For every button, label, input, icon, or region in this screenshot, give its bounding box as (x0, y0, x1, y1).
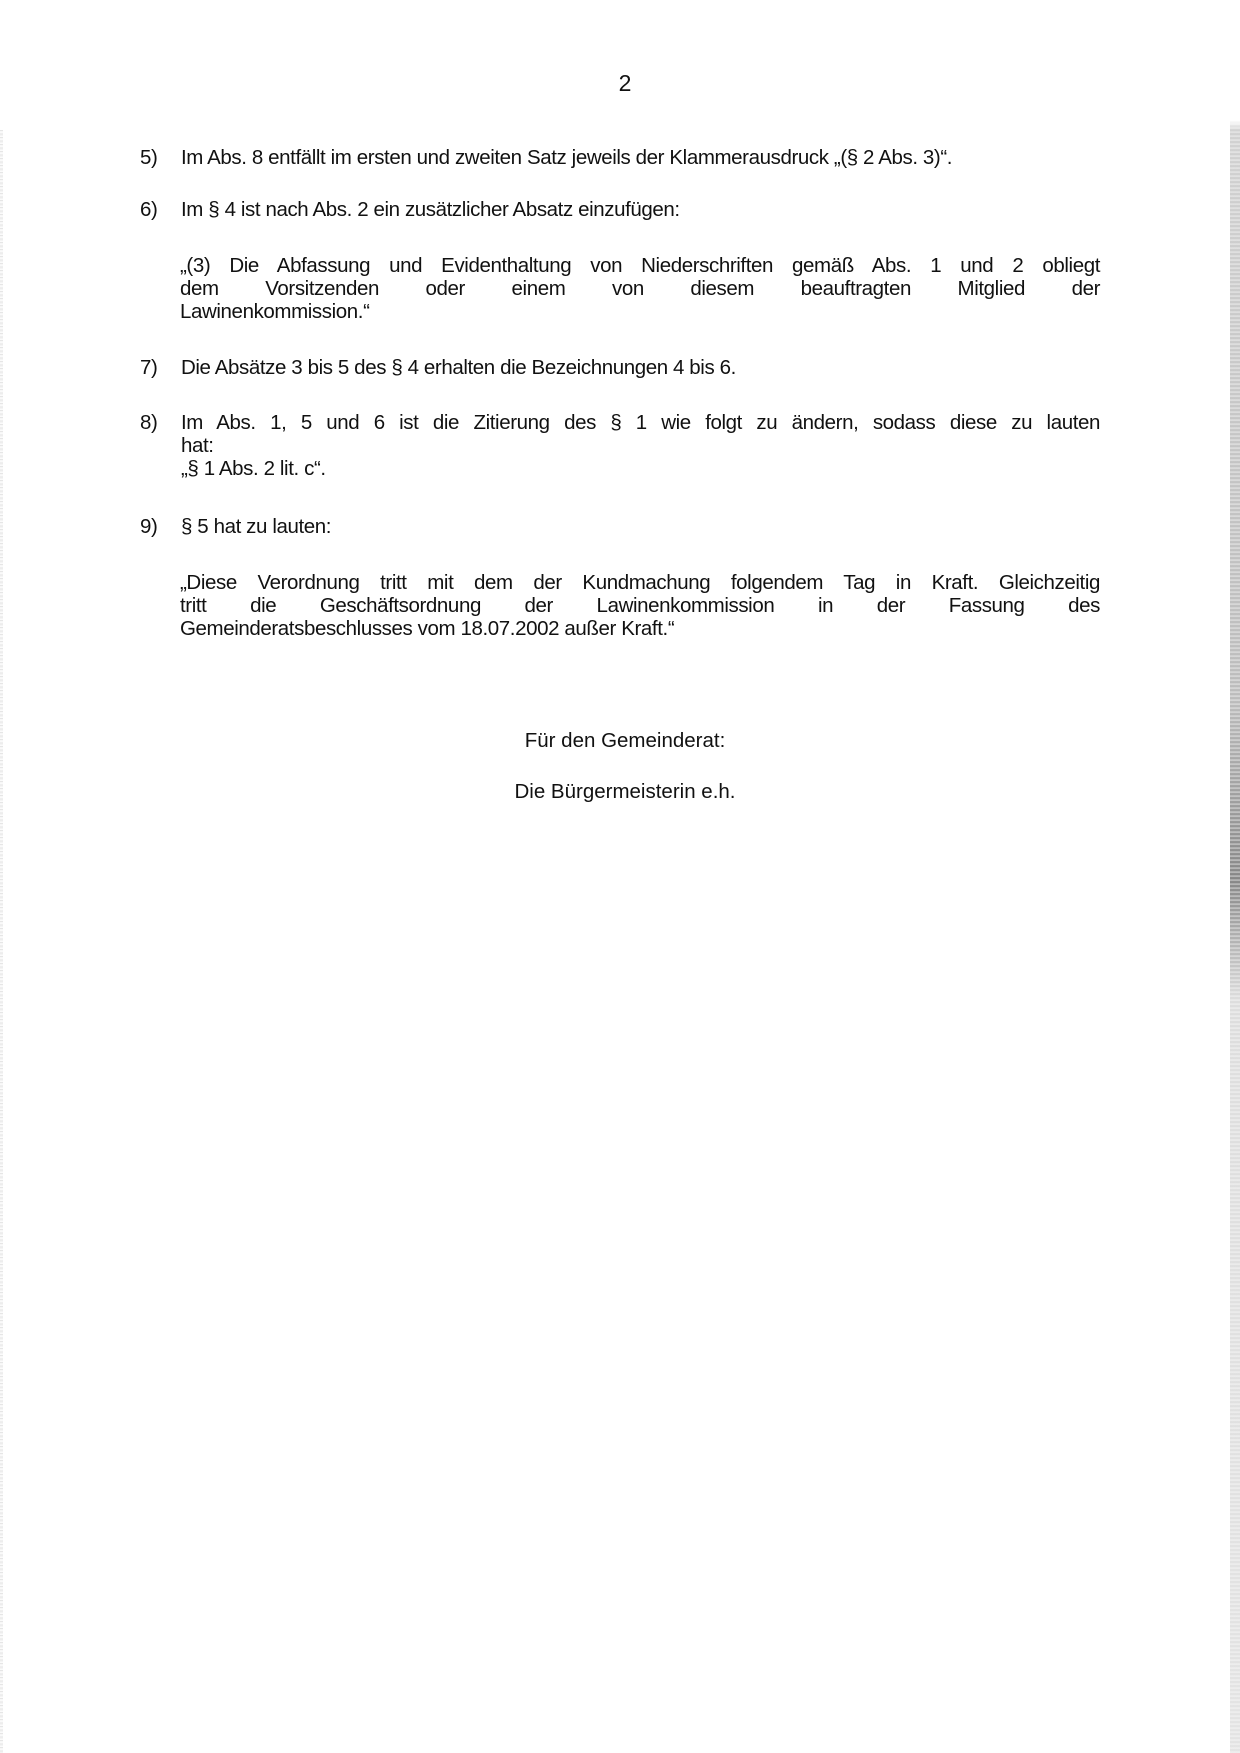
item-number: 8) (140, 411, 180, 434)
amendment-item-8: 8) Im Abs. 1, 5 und 6 ist die Zitierung … (140, 411, 1100, 480)
quote-line: „(3) Die Abfassung und Evidenthaltung vo… (180, 254, 1100, 277)
item-text-line: Im Abs. 1, 5 und 6 ist die Zitierung des… (181, 411, 1100, 434)
scan-edge-left (0, 130, 3, 1753)
amendment-item-9: 9) § 5 hat zu lauten: (140, 515, 1100, 538)
quoted-section-5: „Diese Verordnung tritt mit dem der Kund… (180, 571, 1100, 640)
amendment-item-5: 5) Im Abs. 8 entfällt im ersten und zwei… (140, 146, 1100, 169)
item-text: Im § 4 ist nach Abs. 2 ein zusätzlicher … (181, 198, 1100, 221)
amendment-item-7: 7) Die Absätze 3 bis 5 des § 4 erhalten … (140, 356, 1100, 379)
item-number: 6) (140, 198, 180, 221)
quote-line: dem Vorsitzenden oder einem von diesem b… (180, 277, 1100, 300)
amendment-item-6: 6) Im § 4 ist nach Abs. 2 ein zusätzlich… (140, 198, 1100, 221)
quote-line: Lawinenkommission.“ (180, 300, 1100, 323)
item-number: 5) (140, 146, 180, 169)
citation-text: „§ 1 Abs. 2 lit. c“. (181, 457, 1100, 480)
signature-mayor: Die Bürgermeisterin e.h. (0, 780, 1240, 803)
item-text: § 5 hat zu lauten: (181, 515, 1100, 538)
item-text-line: hat: (181, 434, 1100, 457)
item-number: 9) (140, 515, 180, 538)
page-number: 2 (0, 70, 1240, 97)
item-text: Die Absätze 3 bis 5 des § 4 erhalten die… (181, 356, 1100, 379)
scan-edge-right (1230, 0, 1240, 1753)
quote-line: „Diese Verordnung tritt mit dem der Kund… (180, 571, 1100, 594)
item-text: Im Abs. 8 entfällt im ersten und zweiten… (181, 146, 1100, 169)
item-text: Im Abs. 1, 5 und 6 ist die Zitierung des… (181, 411, 1100, 480)
item-number: 7) (140, 356, 180, 379)
quoted-paragraph-3: „(3) Die Abfassung und Evidenthaltung vo… (180, 254, 1100, 323)
quote-line: Gemeinderatsbeschlusses vom 18.07.2002 a… (180, 617, 1100, 640)
signature-council-label: Für den Gemeinderat: (0, 729, 1240, 752)
quote-line: tritt die Geschäftsordnung der Lawinenko… (180, 594, 1100, 617)
